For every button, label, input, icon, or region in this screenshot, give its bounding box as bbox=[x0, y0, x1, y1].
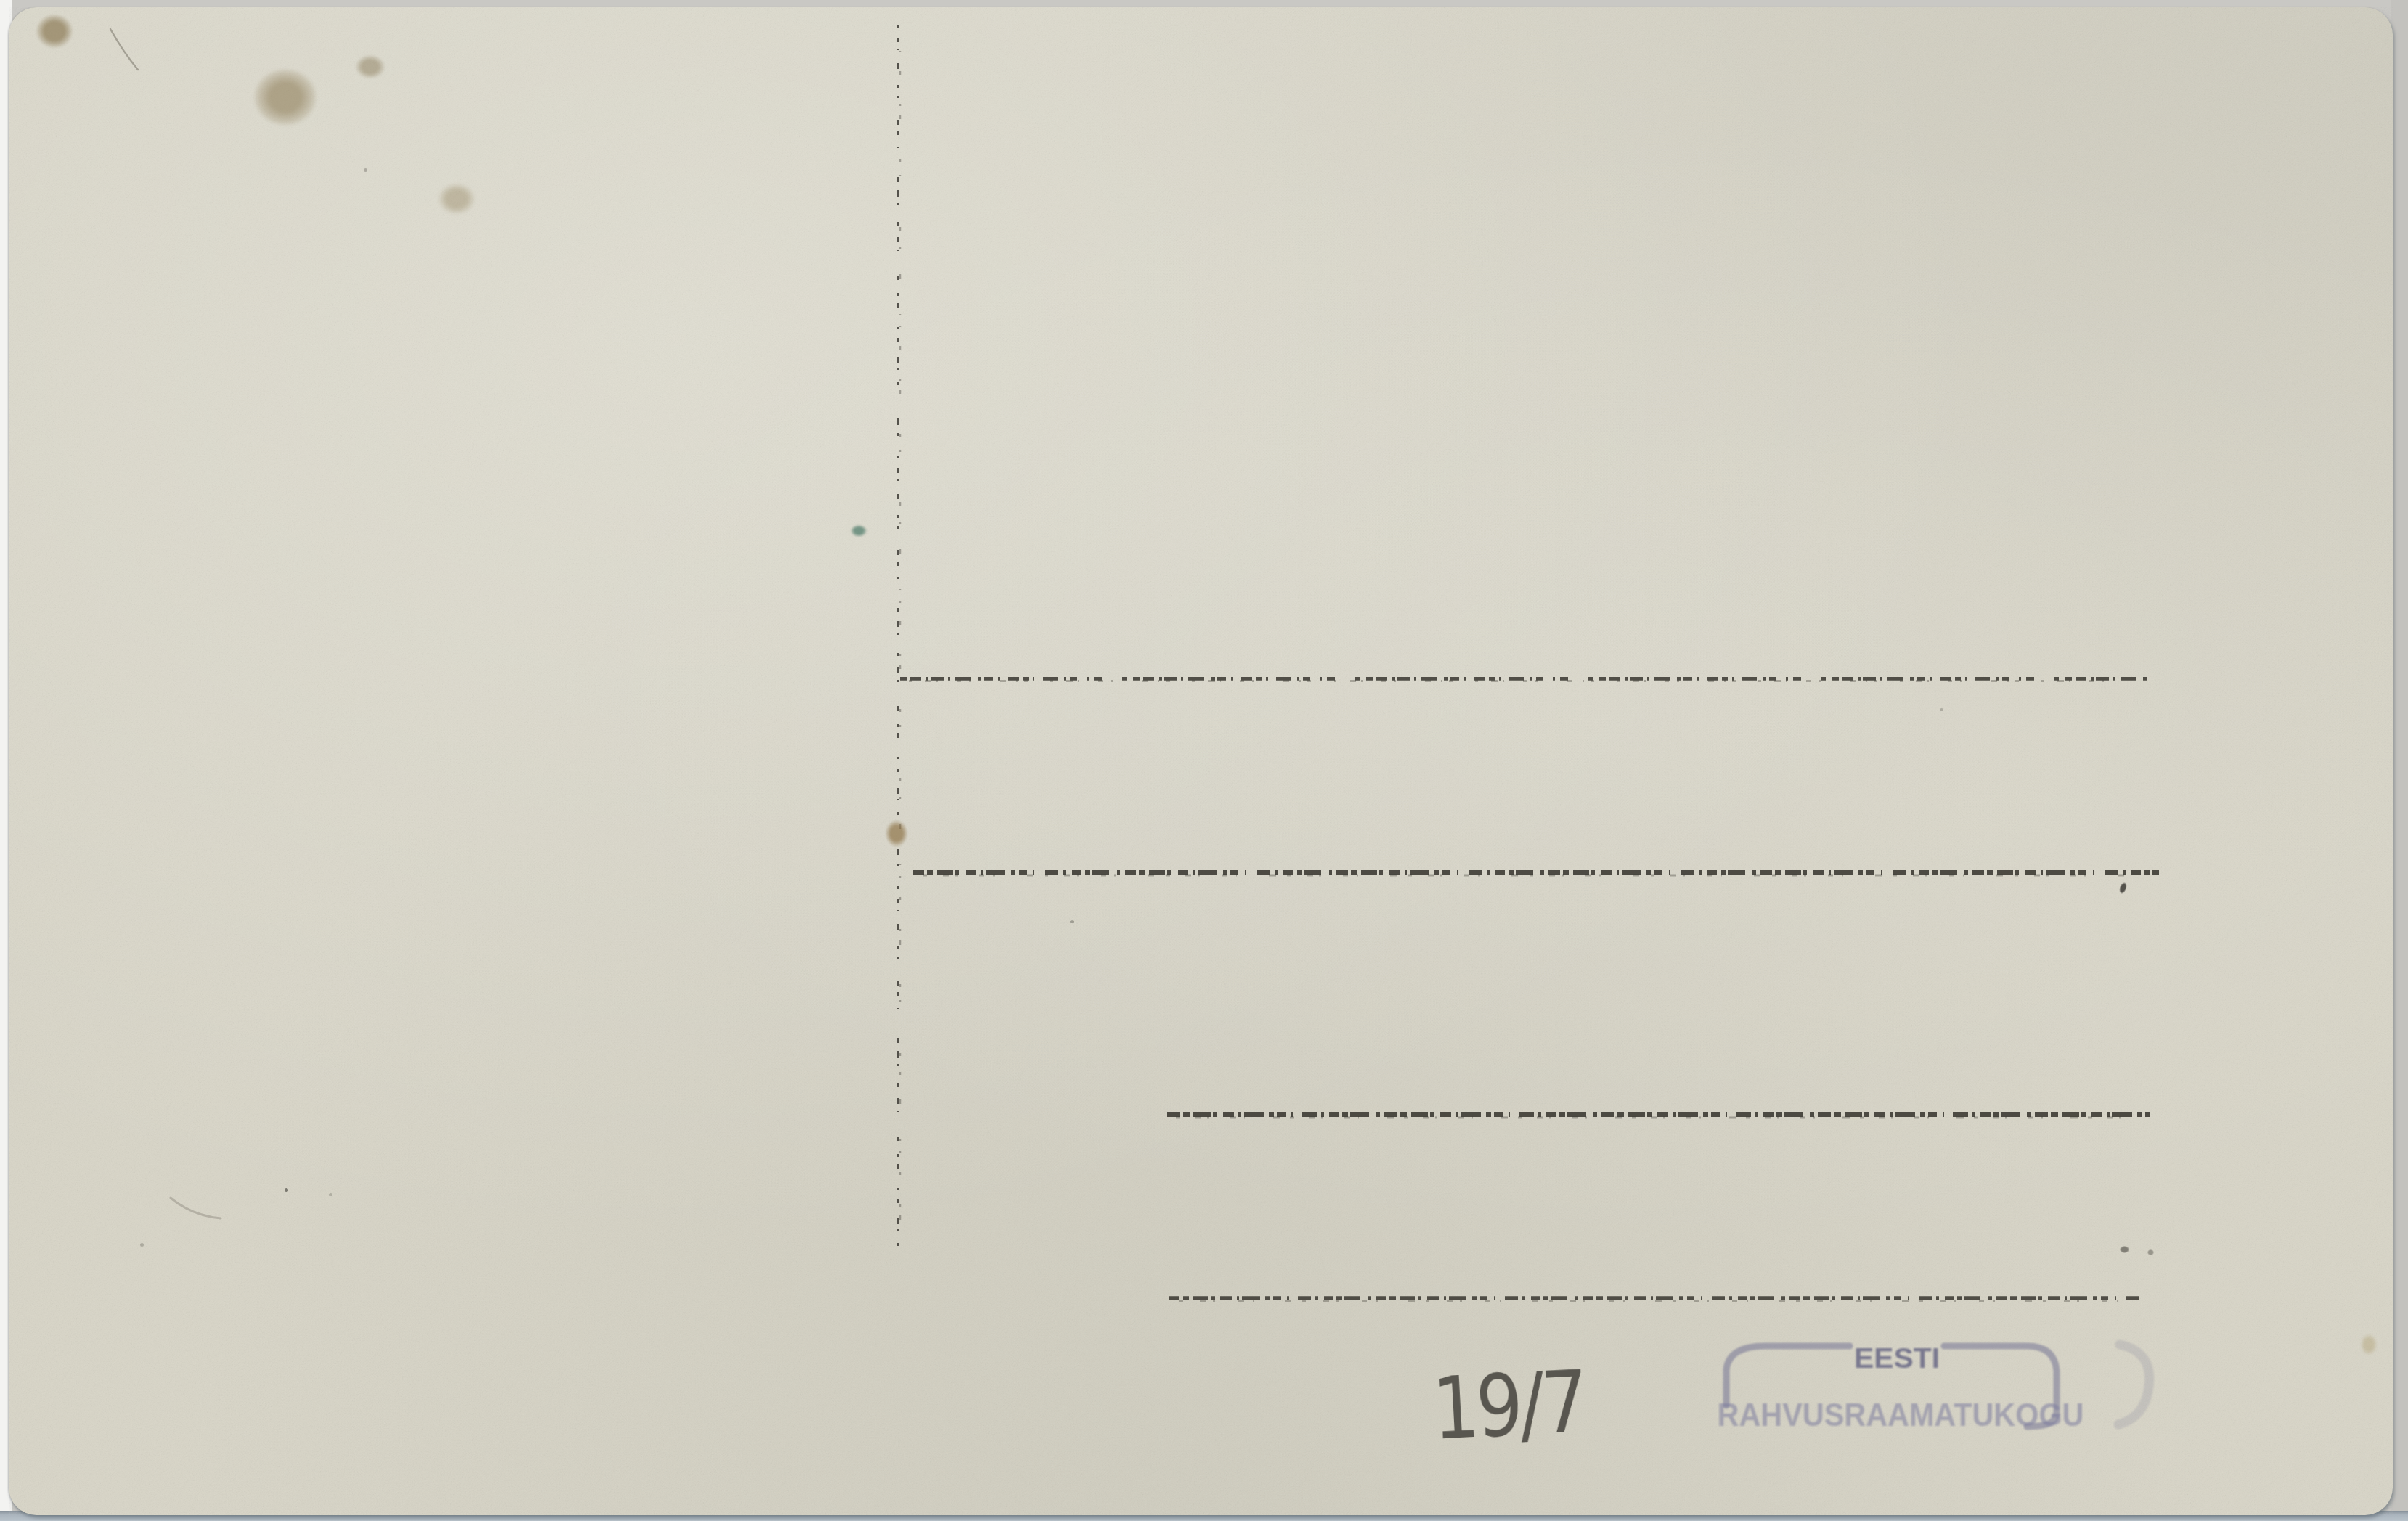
dust-speck bbox=[140, 1243, 144, 1247]
foxing-stain bbox=[254, 69, 317, 126]
handwritten-number: 19/7 bbox=[1430, 1358, 1588, 1452]
foxing-stain bbox=[2361, 1334, 2377, 1355]
foxing-stain bbox=[886, 820, 907, 847]
dust-speck bbox=[285, 1188, 288, 1192]
dust-speck bbox=[1940, 708, 1943, 711]
stamp-text-rahvusraamatukogu: RAHVUSRAAMATUKOGU bbox=[1718, 1396, 2084, 1433]
dust-speck bbox=[1070, 920, 1074, 923]
dark-speck bbox=[2120, 1246, 2129, 1253]
foxing-stain bbox=[438, 184, 475, 214]
paper-grain-texture bbox=[9, 7, 2393, 1515]
printed-rule-lines bbox=[9, 7, 2393, 1515]
pencil-scratch-bottom-left bbox=[171, 1198, 221, 1218]
foxing-stain bbox=[36, 15, 73, 48]
ink-fleck bbox=[851, 525, 867, 537]
scanner-background-right bbox=[2391, 0, 2408, 1521]
stamp-text-eesti: EESTI bbox=[1854, 1344, 1940, 1374]
foxing-stain bbox=[356, 55, 385, 78]
dust-speck bbox=[364, 168, 367, 172]
address-line-4 bbox=[1169, 1298, 2143, 1301]
stamp-ghost-impression bbox=[2118, 1345, 2150, 1424]
address-line-3 bbox=[1167, 1114, 2150, 1117]
hair-scratch-top-left bbox=[110, 29, 138, 70]
dark-speck bbox=[2118, 881, 2129, 894]
address-line-2 bbox=[913, 873, 2159, 876]
scanned-image: 19/7 EESTI RAHVUSRAAMATUKOGU bbox=[0, 0, 2408, 1521]
dust-speck bbox=[329, 1193, 332, 1196]
dark-speck bbox=[2147, 1249, 2154, 1255]
postcard-back: 19/7 EESTI RAHVUSRAAMATUKOGU bbox=[9, 7, 2393, 1515]
address-line-1 bbox=[900, 679, 2147, 681]
divider-line-vertical bbox=[898, 25, 900, 1271]
library-stamp: EESTI RAHVUSRAAMATUKOGU bbox=[1713, 1336, 2178, 1445]
